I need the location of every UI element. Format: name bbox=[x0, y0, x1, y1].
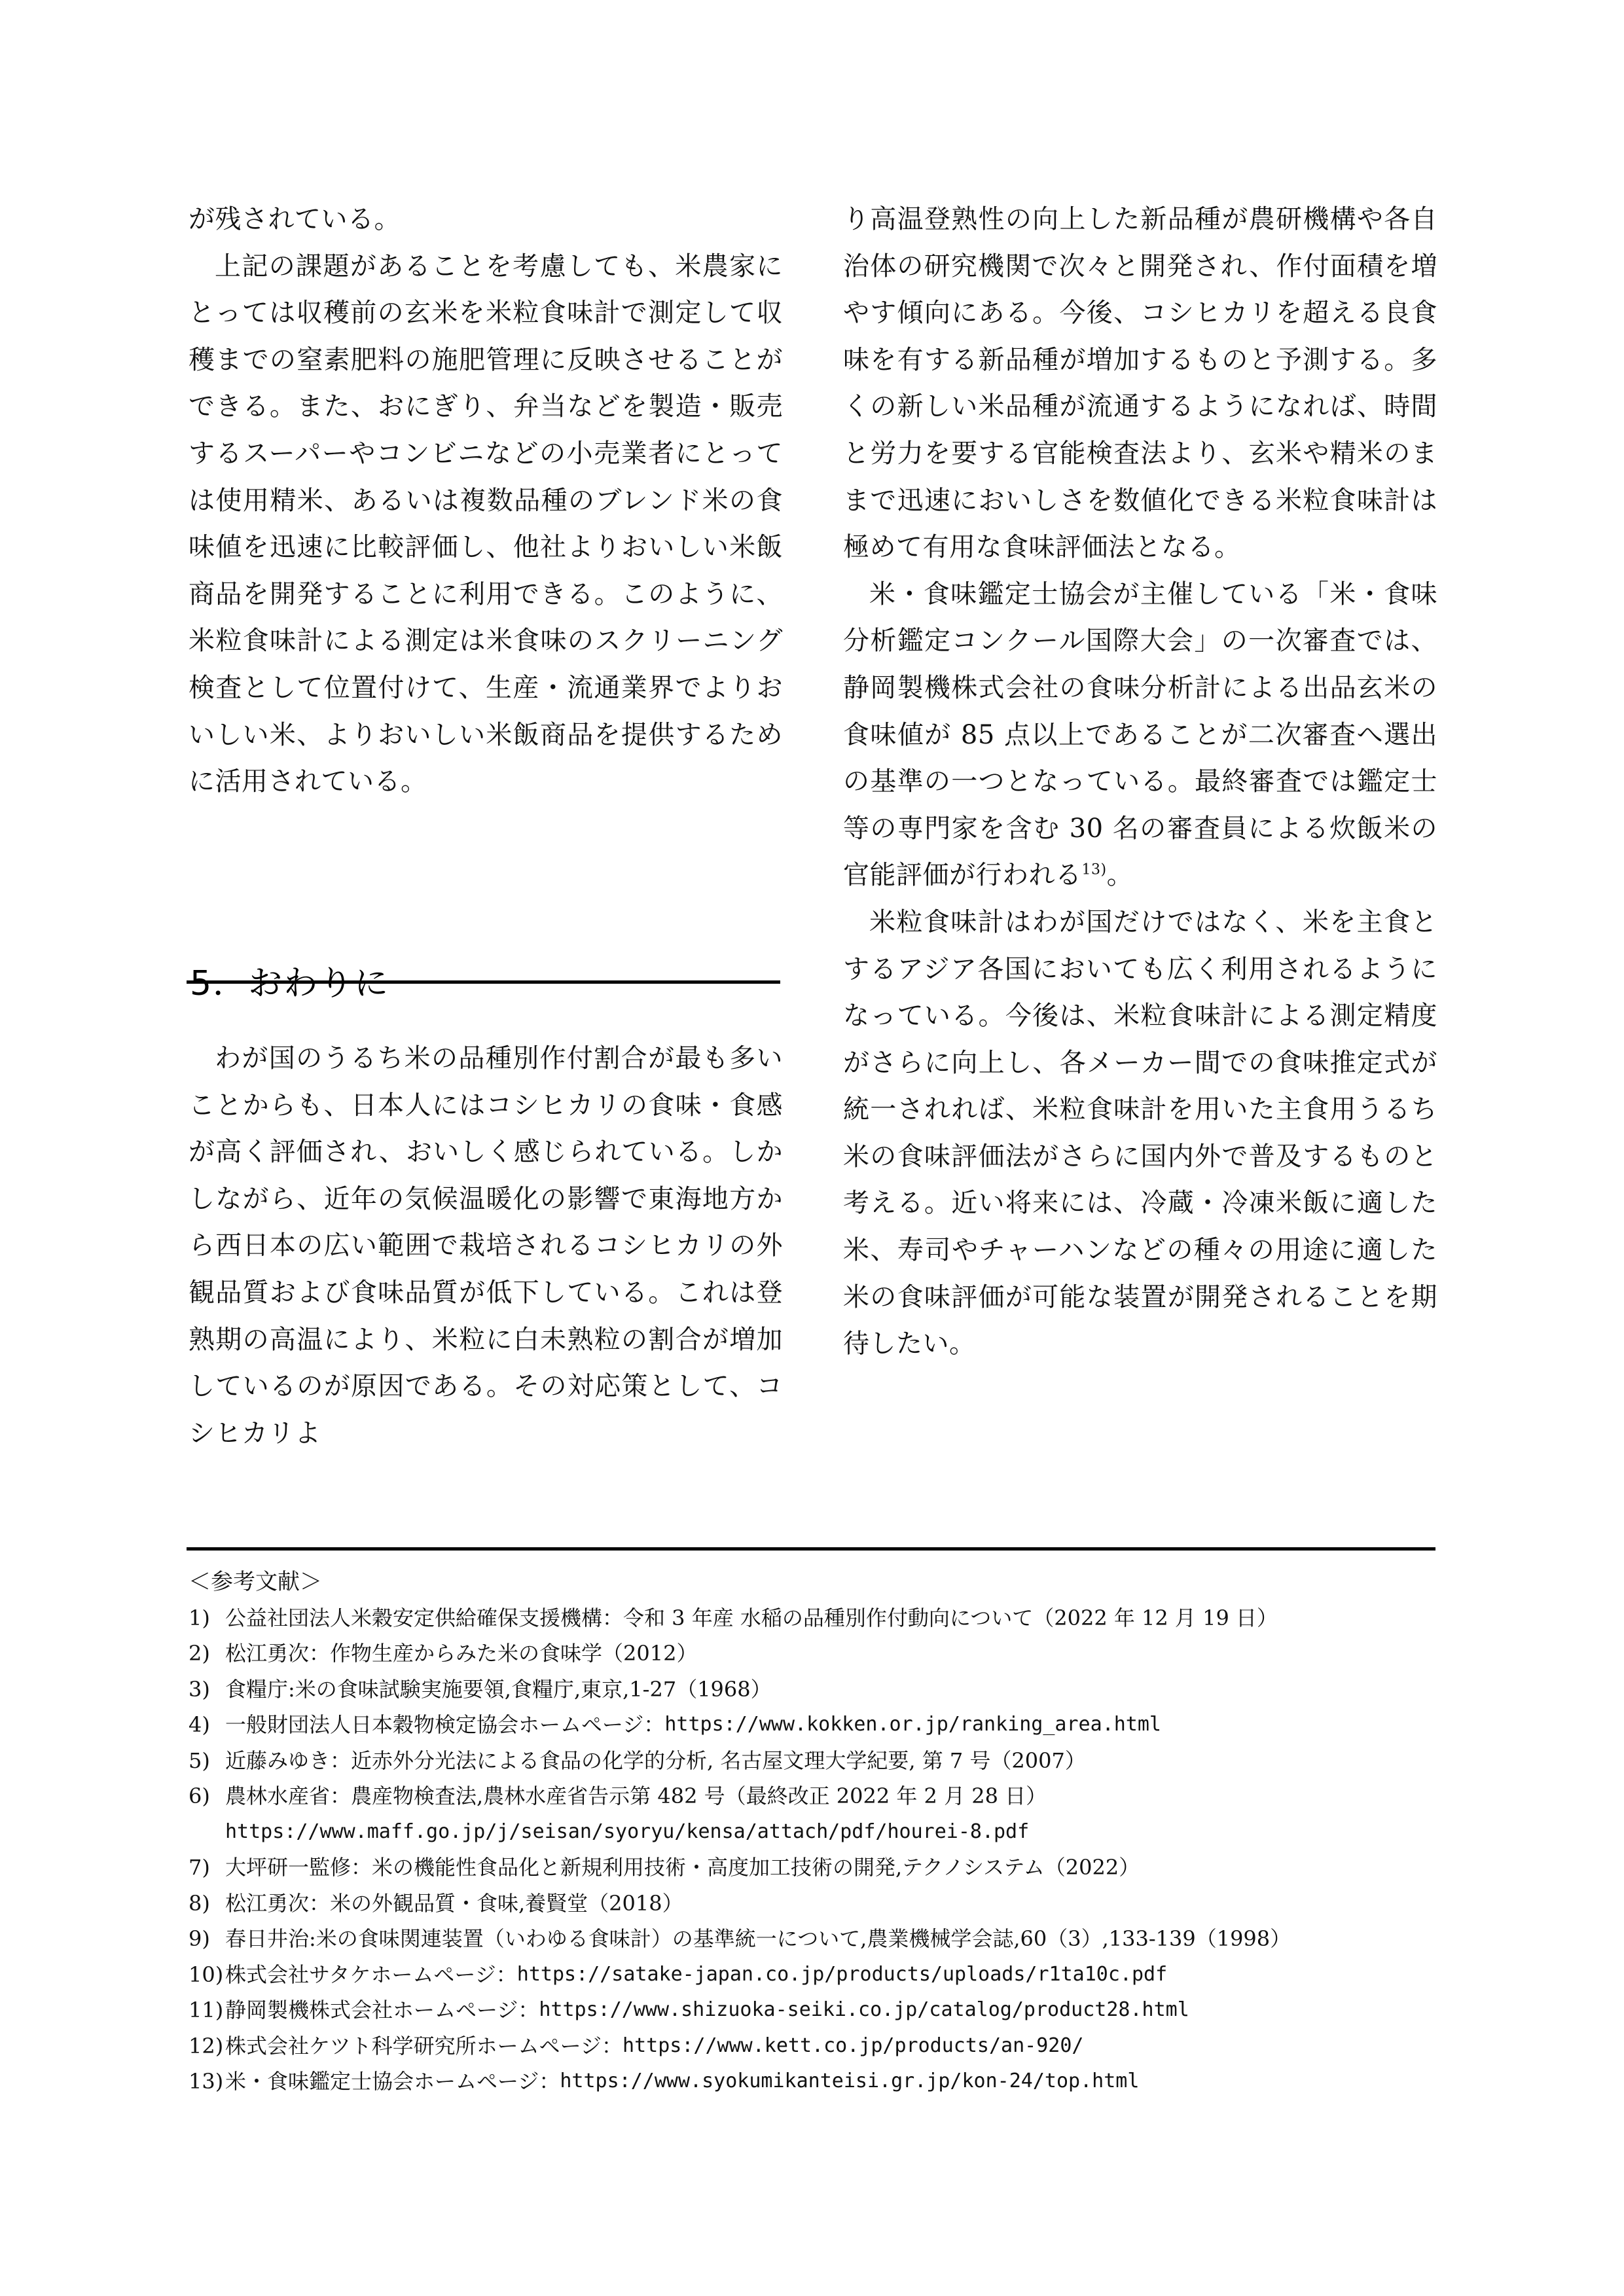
paragraph: 米・食味鑑定士協会が主催している「米・食味分析鑑定コンクール国際大会」の一次審査… bbox=[843, 571, 1437, 899]
references-rule bbox=[187, 1547, 1435, 1551]
reference-item: 5) 近藤みゆき：近赤外分光法による食品の化学的分析, 名古屋文理大学紀要, 第… bbox=[189, 1743, 1445, 1779]
left-column-top: が残されている。 上記の課題があることを考慮しても、米農家にとっては収穫前の玄米… bbox=[189, 196, 783, 806]
paragraph: 上記の課題があることを考慮しても、米農家にとっては収穫前の玄米を米粒食味計で測定… bbox=[189, 243, 783, 806]
reference-text: 松江勇次：米の外観品質・食味,養賢堂（2018） bbox=[225, 1886, 683, 1922]
reference-number: 13) bbox=[189, 2064, 225, 2100]
reference-number: 7) bbox=[189, 1850, 225, 1886]
reference-text: 近藤みゆき：近赤外分光法による食品の化学的分析, 名古屋文理大学紀要, 第 7 … bbox=[225, 1743, 1086, 1779]
left-column-section-body: わが国のうるち米の品種別作付割合が最も多いことからも、日本人にはコシヒカリの食味… bbox=[189, 1035, 783, 1457]
right-column: り高温登熟性の向上した新品種が農研機構や各自治体の研究機関で次々と開発され、作付… bbox=[843, 196, 1437, 1368]
reference-number: 2) bbox=[189, 1636, 225, 1672]
reference-item: 12) 株式会社ケツト科学研究所ホームページ： https://www.kett… bbox=[189, 2028, 1445, 2064]
section-heading: 5．おわりに bbox=[190, 958, 782, 1010]
reference-number: 11) bbox=[189, 1992, 225, 2028]
reference-number: 10) bbox=[189, 1957, 225, 1993]
reference-number: 9) bbox=[189, 1921, 225, 1957]
document-page: が残されている。 上記の課題があることを考慮しても、米農家にとっては収穫前の玄米… bbox=[0, 0, 1624, 2296]
paragraph: わが国のうるち米の品種別作付割合が最も多いことからも、日本人にはコシヒカリの食味… bbox=[189, 1035, 783, 1457]
reference-number: 8) bbox=[189, 1886, 225, 1922]
reference-item: 7) 大坪研一監修：米の機能性食品化と新規利用技術・高度加工技術の開発,テクノシ… bbox=[189, 1850, 1445, 1886]
paragraph-tail: 。 bbox=[1107, 860, 1134, 890]
reference-number: 3) bbox=[189, 1672, 225, 1708]
reference-link[interactable]: https://www.syokumikanteisi.gr.jp/kon-24… bbox=[560, 2064, 1139, 2100]
reference-item: 4) 一般財団法人日本穀物検定協会ホームページ： https://www.kok… bbox=[189, 1707, 1445, 1743]
paragraph: が残されている。 bbox=[189, 196, 783, 243]
reference-text: 食糧庁:米の食味試験実施要領,食糧庁,東京,1-27（1968） bbox=[225, 1672, 772, 1708]
reference-item: 9) 春日井治:米の食味関連装置（いわゆる食味計）の基準統一について,農業機械学… bbox=[189, 1921, 1445, 1957]
reference-text: 株式会社サタケホームページ： bbox=[225, 1957, 517, 1993]
reference-number: 5) bbox=[189, 1743, 225, 1779]
reference-number: 4) bbox=[189, 1707, 225, 1743]
reference-link[interactable]: https://www.kett.co.jp/products/an-920/ bbox=[623, 2028, 1083, 2064]
reference-item: 8) 松江勇次：米の外観品質・食味,養賢堂（2018） bbox=[189, 1886, 1445, 1922]
reference-text: 株式会社ケツト科学研究所ホームページ： bbox=[225, 2028, 623, 2064]
paragraph: り高温登熟性の向上した新品種が農研機構や各自治体の研究機関で次々と開発され、作付… bbox=[843, 196, 1437, 571]
reference-number: 1) bbox=[189, 1600, 225, 1636]
reference-text: 静岡製機株式会社ホームページ： bbox=[225, 1992, 539, 2028]
reference-item: 1) 公益社団法人米穀安定供給確保支援機構：令和 3 年産 水稲の品種別作付動向… bbox=[189, 1600, 1445, 1636]
paragraph: 米粒食味計はわが国だけではなく、米を主食とするアジア各国においても広く利用される… bbox=[843, 899, 1437, 1368]
reference-text: 一般財団法人日本穀物検定協会ホームページ： bbox=[225, 1707, 664, 1743]
section-heading-rule bbox=[187, 980, 780, 984]
reference-number: 6) bbox=[189, 1778, 225, 1814]
reference-item: 2) 松江勇次：作物生産からみた米の食味学（2012） bbox=[189, 1636, 1445, 1672]
reference-link[interactable]: https://www.maff.go.jp/j/seisan/syoryu/k… bbox=[189, 1814, 1445, 1850]
reference-item: 10) 株式会社サタケホームページ： https://satake-japan.… bbox=[189, 1957, 1445, 1993]
reference-link[interactable]: https://www.kokken.or.jp/ranking_area.ht… bbox=[664, 1707, 1161, 1743]
reference-text: 公益社団法人米穀安定供給確保支援機構：令和 3 年産 水稲の品種別作付動向につい… bbox=[225, 1600, 1278, 1636]
reference-text: 大坪研一監修：米の機能性食品化と新規利用技術・高度加工技術の開発,テクノシステム… bbox=[225, 1850, 1140, 1886]
reference-text: 米・食味鑑定士協会ホームページ： bbox=[225, 2064, 560, 2100]
references-title: ＜参考文献＞ bbox=[189, 1564, 1445, 1600]
reference-item: 11) 静岡製機株式会社ホームページ： https://www.shizuoka… bbox=[189, 1992, 1445, 2028]
reference-item: 13) 米・食味鑑定士協会ホームページ： https://www.syokumi… bbox=[189, 2064, 1445, 2100]
citation-marker[interactable]: 13) bbox=[1082, 862, 1107, 878]
reference-text: 春日井治:米の食味関連装置（いわゆる食味計）の基準統一について,農業機械学会誌,… bbox=[225, 1921, 1291, 1957]
reference-text: 農林水産省：農産物検査法,農林水産省告示第 482 号（最終改正 2022 年 … bbox=[225, 1778, 1047, 1814]
reference-text: 松江勇次：作物生産からみた米の食味学（2012） bbox=[225, 1636, 697, 1672]
reference-number: 12) bbox=[189, 2028, 225, 2064]
paragraph-text: 米・食味鑑定士協会が主催している「米・食味分析鑑定コンクール国際大会」の一次審査… bbox=[843, 579, 1437, 891]
reference-link[interactable]: https://www.shizuoka-seiki.co.jp/catalog… bbox=[539, 1992, 1189, 2028]
reference-item: 3) 食糧庁:米の食味試験実施要領,食糧庁,東京,1-27（1968） bbox=[189, 1672, 1445, 1708]
reference-link[interactable]: https://satake-japan.co.jp/products/uplo… bbox=[517, 1957, 1167, 1993]
references: ＜参考文献＞ 1) 公益社団法人米穀安定供給確保支援機構：令和 3 年産 水稲の… bbox=[189, 1564, 1445, 2100]
reference-item: 6) 農林水産省：農産物検査法,農林水産省告示第 482 号（最終改正 2022… bbox=[189, 1778, 1445, 1814]
